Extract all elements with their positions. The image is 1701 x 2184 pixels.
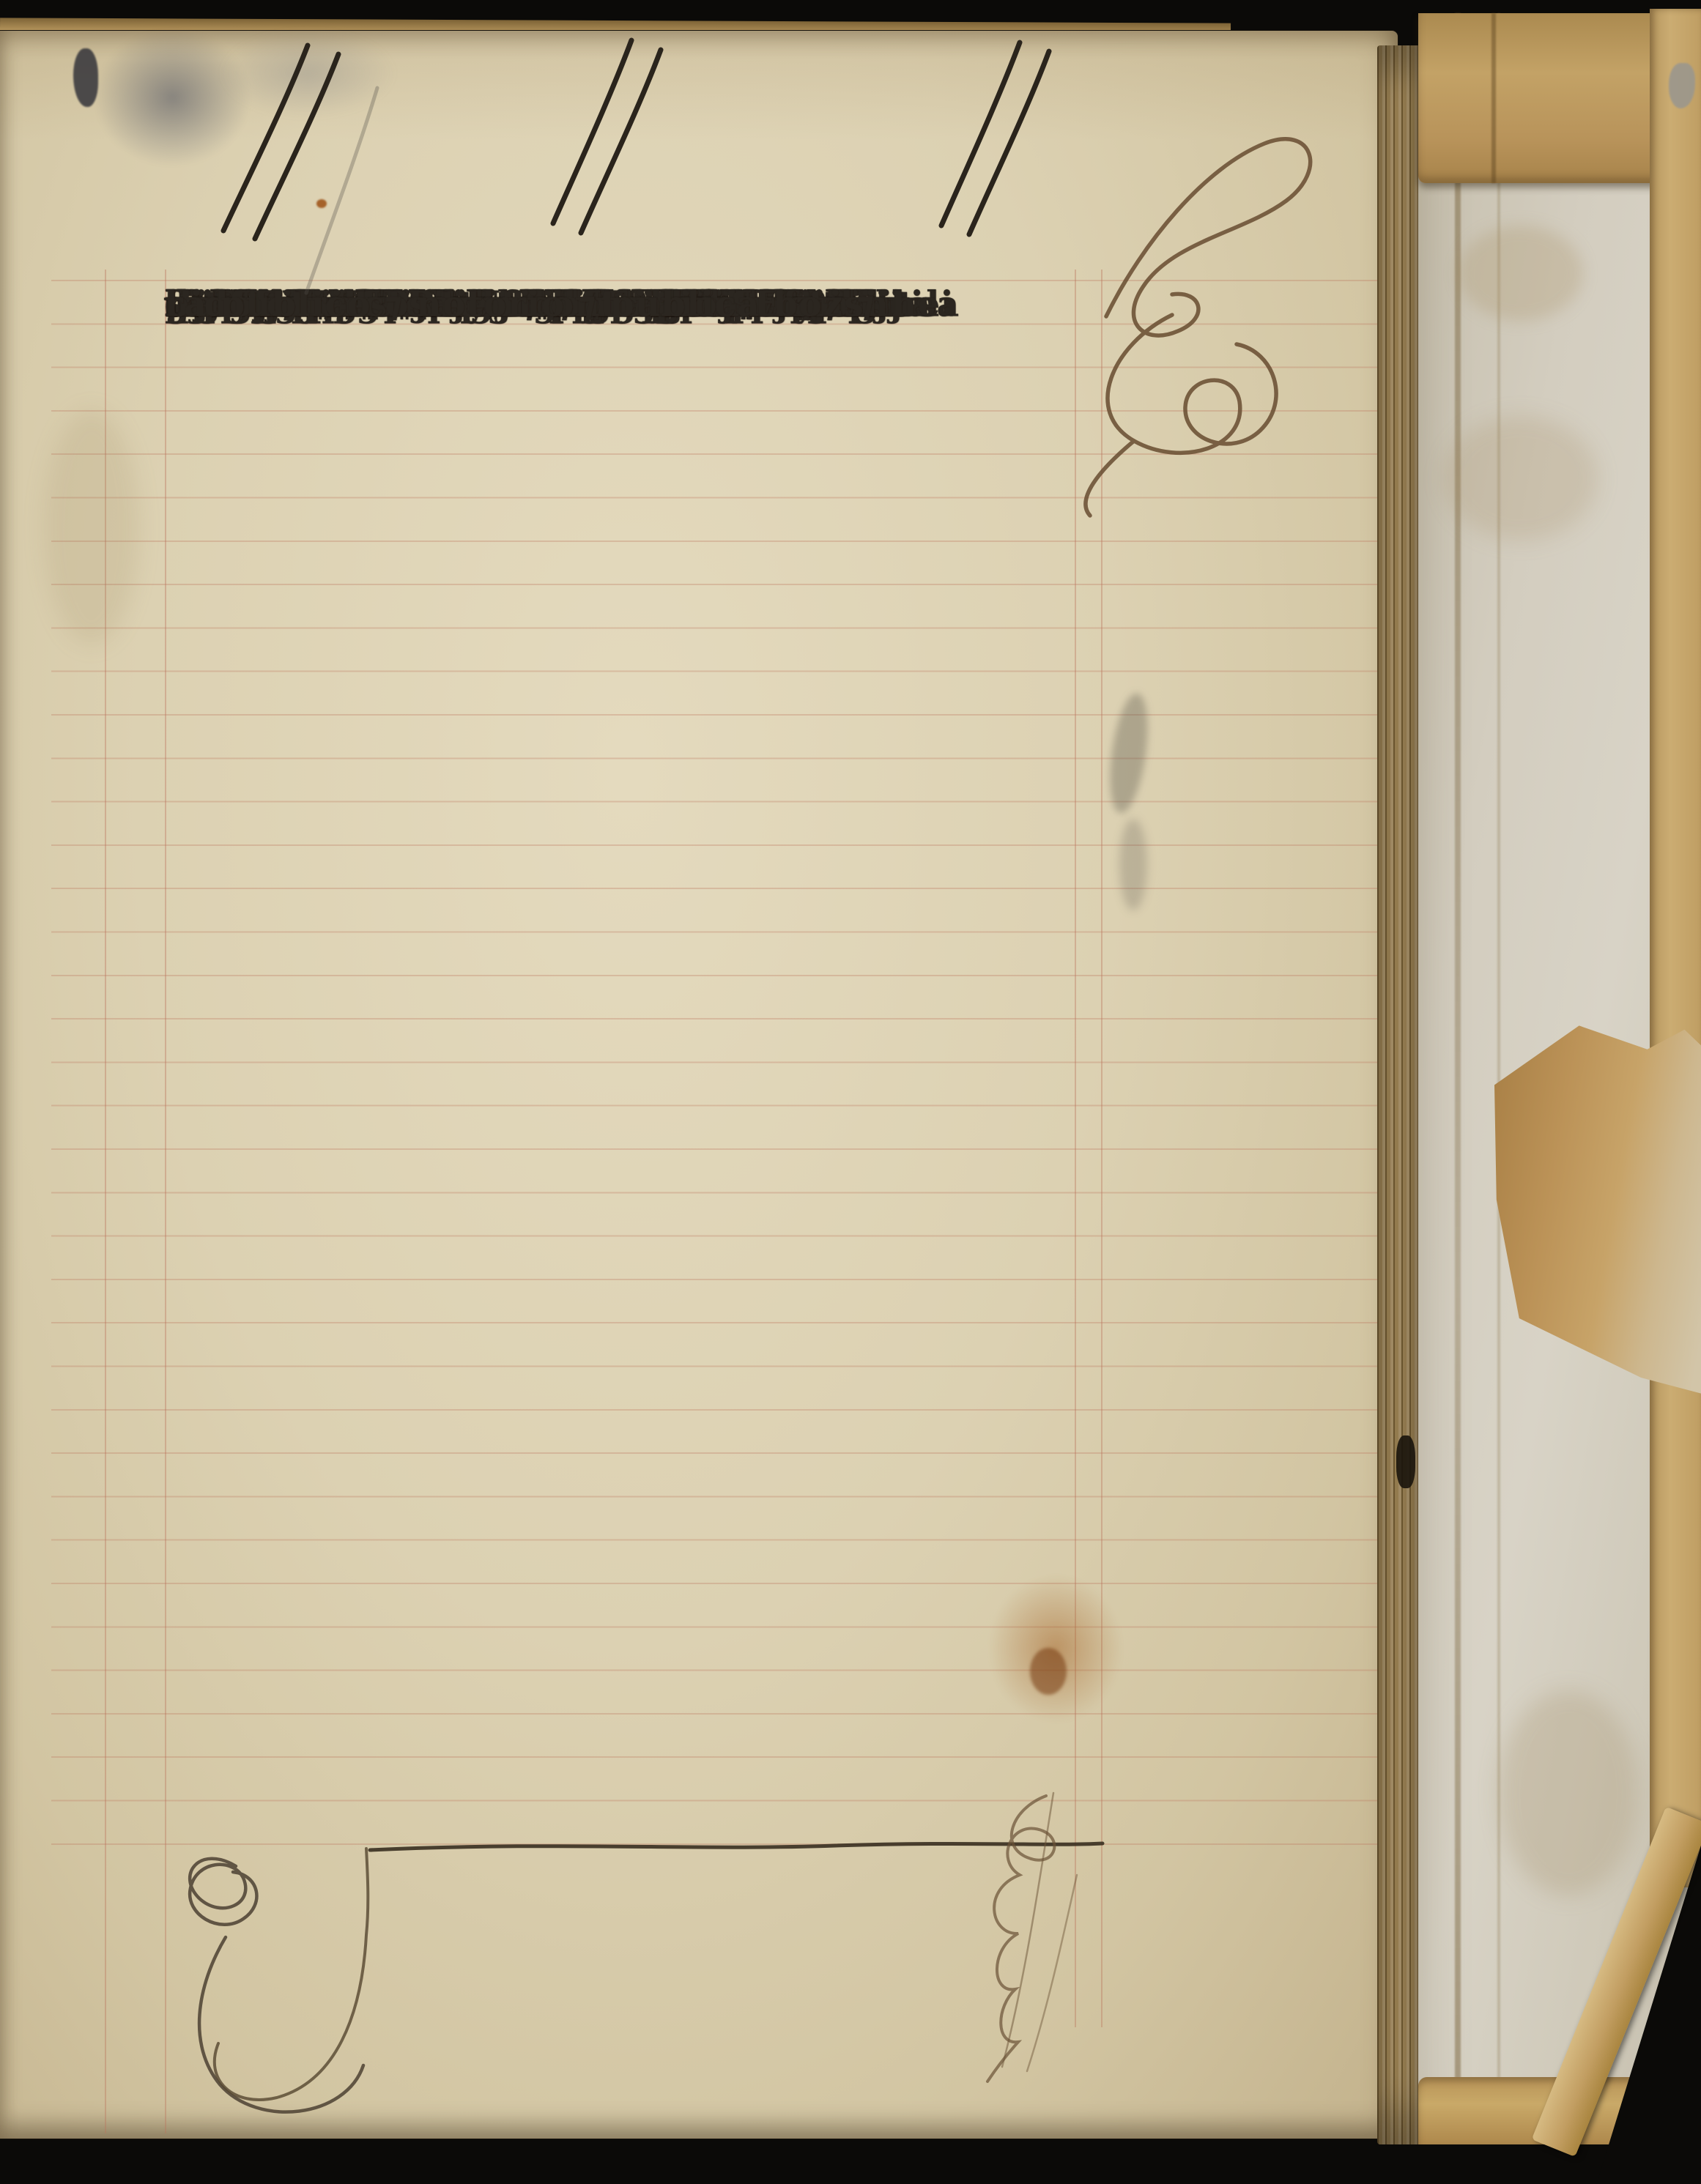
cover-crease — [1455, 13, 1461, 2140]
book-fore-edge-leaves — [1377, 45, 1418, 2144]
cover-stain — [1444, 416, 1598, 541]
double-slash-marks-icon — [223, 40, 1049, 239]
cover-crease — [1497, 13, 1500, 2140]
cover-outer-edge — [1650, 9, 1701, 1887]
cover-crease — [1491, 13, 1496, 183]
bottom-right-squiggle-icon — [987, 1793, 1077, 2081]
bottom-j-stroke-icon — [215, 1849, 368, 2100]
bottom-rule-stroke-icon — [370, 1843, 1102, 1850]
cover-top-turn-in — [1418, 13, 1688, 183]
cover-stain — [1459, 226, 1583, 321]
binding-gap-shadow — [1396, 1435, 1415, 1488]
top-right-paraph-icon — [1086, 139, 1311, 516]
manuscript-photo: en vna casa Juntos eportales marido ⁊ mu… — [0, 0, 1701, 2184]
faint-slash-mark-icon — [306, 88, 377, 293]
cover-stain — [1499, 1690, 1638, 1895]
